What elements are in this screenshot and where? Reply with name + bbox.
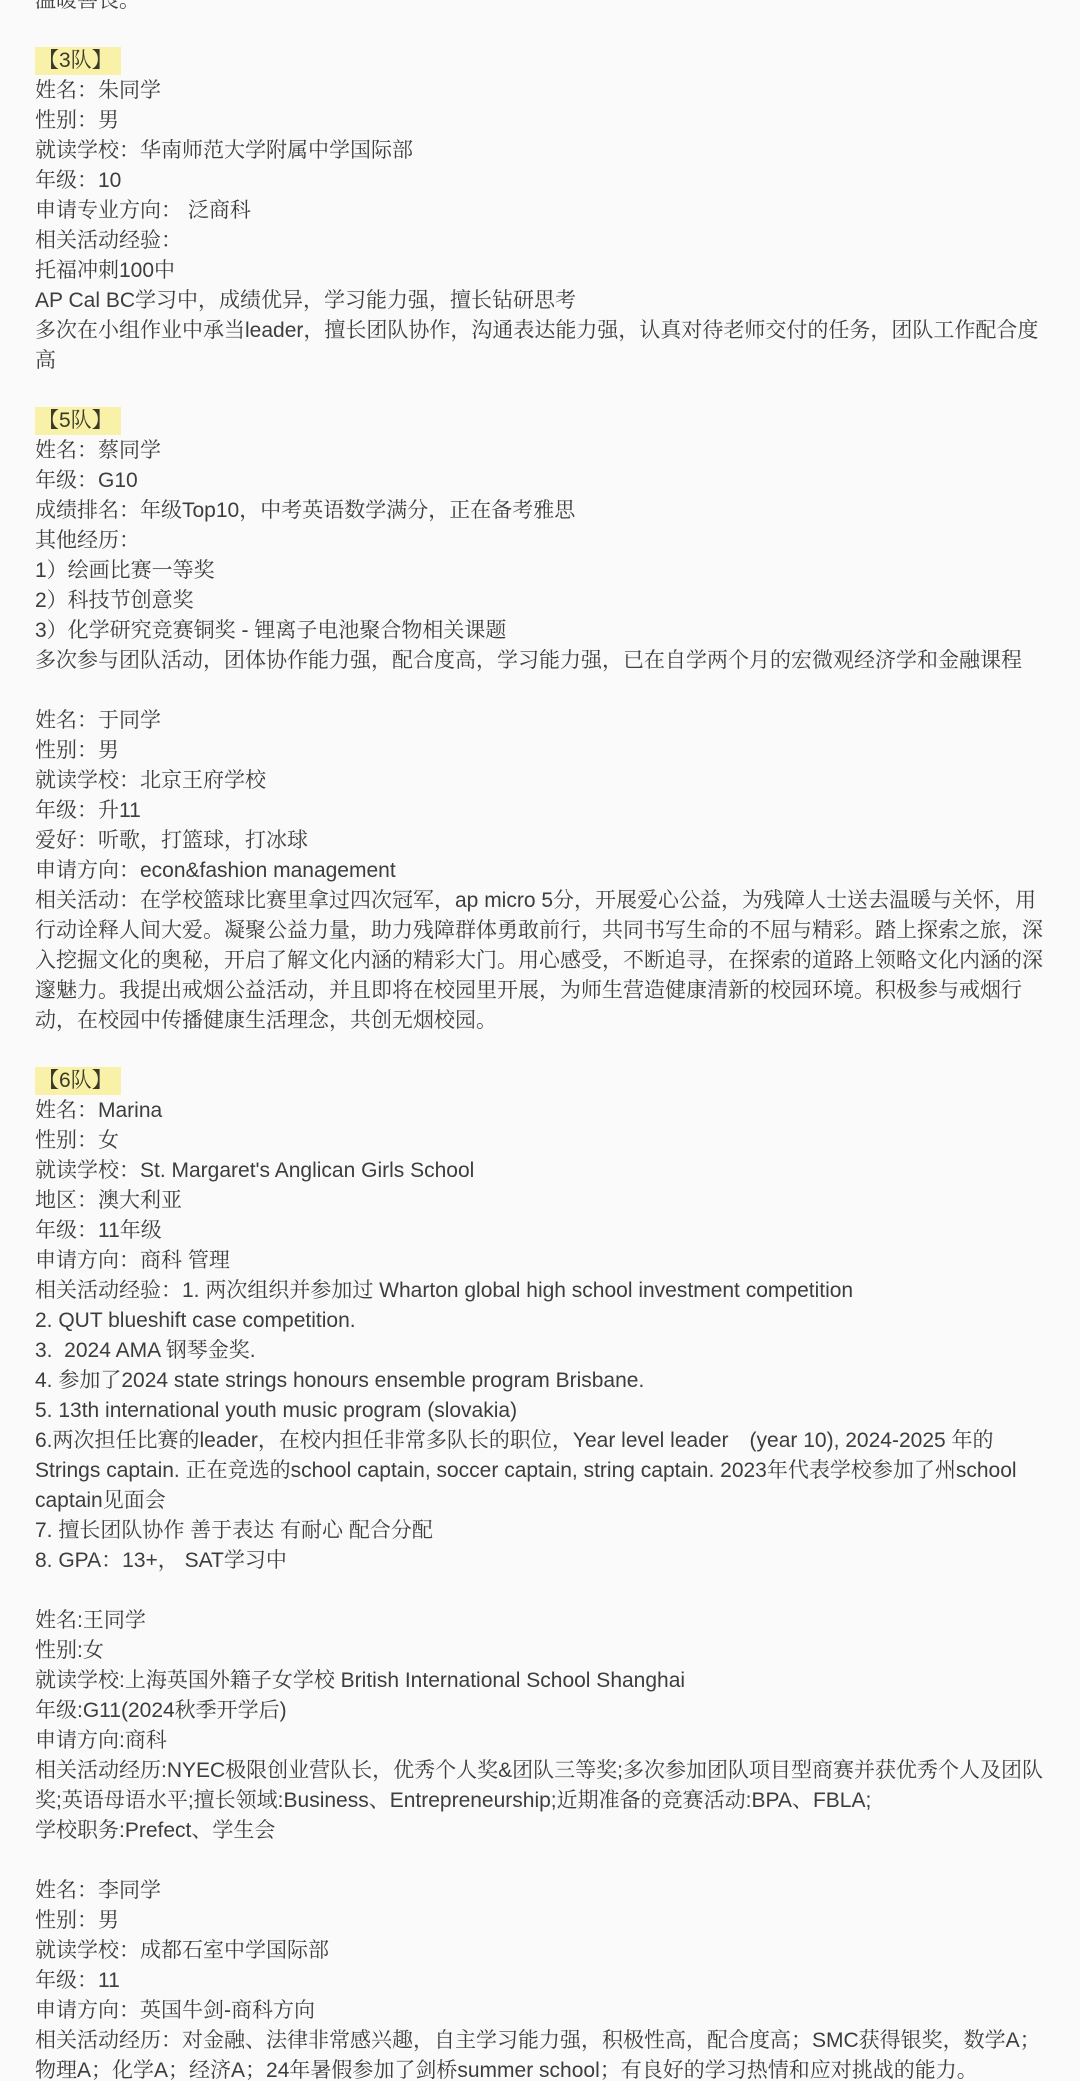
text-line: 年级:G11(2024秋季开学后) [35,1696,1050,1726]
text-line: 相关活动经验： [35,226,1050,256]
text-line: 多次在小组作业中承当leader，擅长团队协作，沟通表达能力强，认真对待老师交付… [35,316,1050,376]
team-header-highlight: 【6队】 [35,1067,121,1095]
text-line: 7. 擅长团队协作 善于表达 有耐心 配合分配 [35,1516,1050,1546]
text-line: 就读学校：北京王府学校 [35,766,1050,796]
text-line: 申请方向：商科 管理 [35,1246,1050,1276]
team-section: 【3队】姓名：朱同学性别：男就读学校：华南师范大学附属中学国际部年级：10申请专… [35,46,1050,376]
student-block: 姓名：Marina性别：女就读学校：St. Margaret's Anglica… [35,1096,1050,1576]
text-line: 就读学校：成都石室中学国际部 [35,1936,1050,1966]
student-block: 姓名：于同学性别：男就读学校：北京王府学校年级：升11爱好：听歌，打篮球，打冰球… [35,706,1050,1036]
text-line: 相关活动经验：1. 两次组织并参加过 Wharton global high s… [35,1276,1050,1306]
text-line: 多次参与团队活动，团体协作能力强，配合度高，学习能力强，已在自学两个月的宏微观经… [35,646,1050,676]
text-line: 申请方向：英国牛剑-商科方向 [35,1996,1050,2026]
team-section: 【6队】姓名：Marina性别：女就读学校：St. Margaret's Ang… [35,1066,1050,2081]
text-line: 性别：男 [35,736,1050,766]
text-line: 2）科技节创意奖 [35,586,1050,616]
text-line: 成绩排名：年级Top10，中考英语数学满分，正在备考雅思 [35,496,1050,526]
text-line: 申请专业方向： 泛商科 [35,196,1050,226]
text-line: 爱好：听歌，打篮球，打冰球 [35,826,1050,856]
text-line: 8. GPA：13+， SAT学习中 [35,1546,1050,1576]
text-line: 年级：11年级 [35,1216,1050,1246]
team-section: 【5队】姓名：蔡同学年级：G10成绩排名：年级Top10，中考英语数学满分，正在… [35,406,1050,1036]
text-line: 就读学校：华南师范大学附属中学国际部 [35,136,1050,166]
text-line: 年级：G10 [35,466,1050,496]
text-line: 申请方向:商科 [35,1726,1050,1756]
student-block: 姓名：蔡同学年级：G10成绩排名：年级Top10，中考英语数学满分，正在备考雅思… [35,436,1050,676]
team-sections: 【3队】姓名：朱同学性别：男就读学校：华南师范大学附属中学国际部年级：10申请专… [35,46,1050,2081]
text-line: 性别:女 [35,1636,1050,1666]
text-line: 姓名：朱同学 [35,76,1050,106]
text-line: 1）绘画比赛一等奖 [35,556,1050,586]
text-line: 相关活动：在学校篮球比赛里拿过四次冠军，ap micro 5分，开展爱心公益，为… [35,886,1050,1036]
team-header-highlight: 【5队】 [35,407,121,435]
text-line: 姓名：李同学 [35,1876,1050,1906]
text-line: 姓名：蔡同学 [35,436,1050,466]
team-header-line: 【6队】 [35,1066,1050,1096]
document-page: 温暖善良。 【3队】姓名：朱同学性别：男就读学校：华南师范大学附属中学国际部年级… [0,0,1080,2081]
team-header-highlight: 【3队】 [35,47,121,75]
text-line: 托福冲刺100中 [35,256,1050,286]
text-line: 姓名：Marina [35,1096,1050,1126]
text-line: AP Cal BC学习中，成绩优异，学习能力强，擅长钻研思考 [35,286,1050,316]
text-line: 就读学校:上海英国外籍子女学校 British International Sc… [35,1666,1050,1696]
text-line: 年级：11 [35,1966,1050,1996]
team-header-line: 【5队】 [35,406,1050,436]
text-line: 3）化学研究竞赛铜奖 - 锂离子电池聚合物相关课题 [35,616,1050,646]
text-line: 相关活动经历:NYEC极限创业营队长，优秀个人奖&团队三等奖;多次参加团队项目型… [35,1756,1050,1816]
text-line: 相关活动经历：对金融、法律非常感兴趣，自主学习能力强，积极性高，配合度高；SMC… [35,2026,1050,2081]
text-line: 地区：澳大利亚 [35,1186,1050,1216]
text-line: 5. 13th international youth music progra… [35,1396,1050,1426]
text-line: 性别：女 [35,1126,1050,1156]
text-line: 性别：男 [35,1906,1050,1936]
text-line: 其他经历： [35,526,1050,556]
text-line: 4. 参加了2024 state strings honours ensembl… [35,1366,1050,1396]
student-block: 姓名：李同学性别：男就读学校：成都石室中学国际部年级：11申请方向：英国牛剑-商… [35,1876,1050,2081]
text-line: 2. QUT blueshift case competition. [35,1306,1050,1336]
text-line: 性别：男 [35,106,1050,136]
text-line: 3. 2024 AMA 钢琴金奖. [35,1336,1050,1366]
text-line: 姓名：于同学 [35,706,1050,736]
text-line: 申请方向：econ&fashion management [35,856,1050,886]
text-line: 年级：10 [35,166,1050,196]
text-line: 6.两次担任比赛的leader，在校内担任非常多队长的职位，Year level… [35,1426,1050,1516]
intro-tail-line: 温暖善良。 [35,0,1050,16]
text-line: 年级：升11 [35,796,1050,826]
text-line: 就读学校：St. Margaret's Anglican Girls Schoo… [35,1156,1050,1186]
student-block: 姓名：朱同学性别：男就读学校：华南师范大学附属中学国际部年级：10申请专业方向：… [35,76,1050,376]
student-block: 姓名:王同学性别:女就读学校:上海英国外籍子女学校 British Intern… [35,1606,1050,1846]
text-line: 学校职务:Prefect、学生会 [35,1816,1050,1846]
team-header-line: 【3队】 [35,46,1050,76]
text-line: 姓名:王同学 [35,1606,1050,1636]
